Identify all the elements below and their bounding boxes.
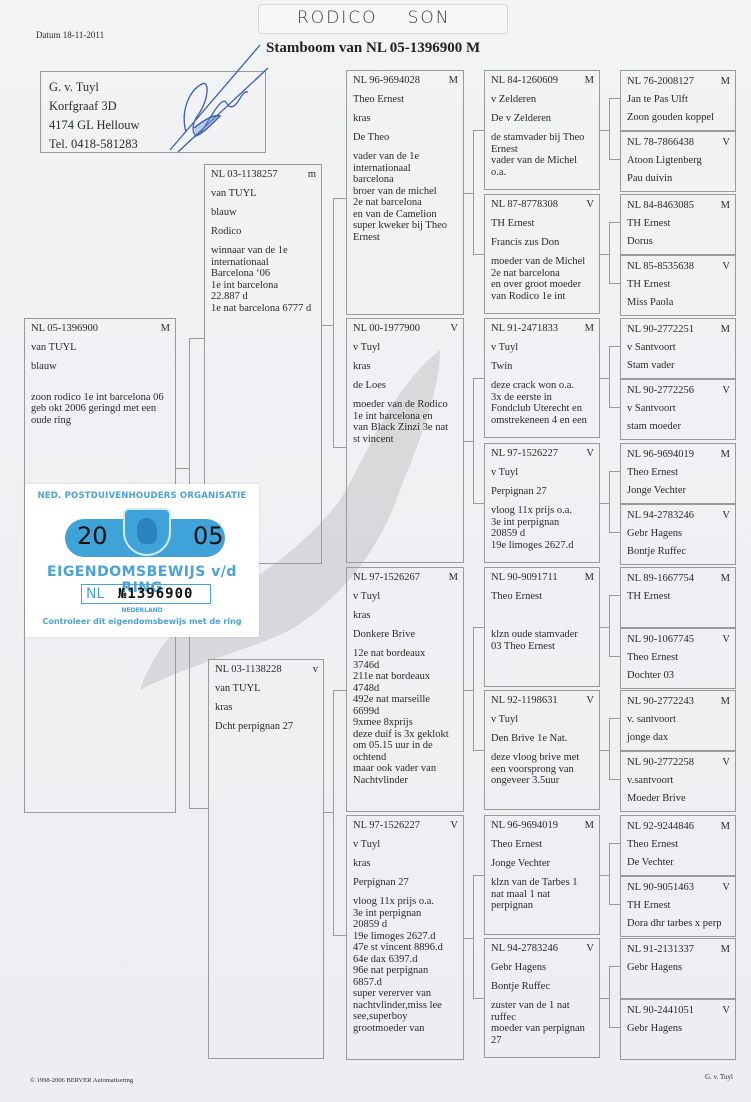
connector-line <box>609 718 610 779</box>
pedigree-document: Datum 18-11-2011 RODICOSON Stamboom van … <box>0 0 751 1102</box>
connector-line <box>609 966 620 967</box>
pigeon-note: zuster van de 1 nat ruffec moeder van pe… <box>491 1000 594 1046</box>
connector-line <box>473 750 484 751</box>
pigeon-detail: kras <box>353 113 458 125</box>
connector-line <box>473 627 484 628</box>
sex: V <box>586 448 594 460</box>
pigeon-header: NL 92-9244846M <box>627 821 730 833</box>
connector-line <box>609 407 620 408</box>
pigeon-header: NL 90-9051463V <box>627 882 730 894</box>
pigeon-detail <box>491 610 594 622</box>
pigeon-detail: Theo Ernest <box>491 591 594 603</box>
sex: m <box>308 169 316 181</box>
pigeon-detail: Theo Ernest <box>491 839 594 851</box>
pigeon-great-great-grandparent: NL 90-1067745VTheo ErnestDochter 03 <box>620 628 736 689</box>
pigeon-header: NL 03-1138228v <box>215 664 318 676</box>
pigeon-detail: TH Ernest <box>491 218 594 230</box>
connector-line <box>473 875 474 998</box>
pigeon-detail: v Tuyl <box>491 342 594 354</box>
footer-owner: G. v. Tuyl <box>705 1073 733 1081</box>
pigeon-header: NL 90-2772256V <box>627 385 730 397</box>
connector-line <box>609 98 620 99</box>
pigeon-great-grandparent: NL 87-8778308VTH ErnestFrancis zus Donmo… <box>484 194 600 314</box>
pigeon-detail: v Tuyl <box>491 467 594 479</box>
sex: v <box>313 664 318 676</box>
sex: V <box>722 137 730 149</box>
pigeon-note: vloog 11x prijs o.a. 3e int perpignan 20… <box>491 505 594 551</box>
connector-line <box>333 198 334 448</box>
connector-line <box>609 595 620 596</box>
pigeon-detail: Jonge Vechter <box>491 858 594 870</box>
pigeon-great-great-grandparent: NL 78-7866438VAtoon LigtenbergPau duivin <box>620 131 736 192</box>
pigeon-great-great-grandparent: NL 91-2131337MGebr Hagens <box>620 938 736 999</box>
pigeon-detail: Theo Ernest <box>627 839 730 851</box>
ring-number: NL 90-2441051 <box>627 1005 694 1017</box>
pigeon-detail: v Tuyl <box>353 839 458 851</box>
pigeon-header: NL 97-1526267M <box>353 572 458 584</box>
ring-number: NL 96-9694019 <box>627 449 694 461</box>
sex: V <box>586 695 594 707</box>
pigeon-great-grandparent: NL 97-1526227Vv TuylPerpignan 27 vloog 1… <box>484 443 600 563</box>
connector-line <box>473 875 484 876</box>
pigeon-note: klzn van de Tarbes 1 nat maal 1 nat perp… <box>491 877 594 912</box>
connector-line <box>473 130 484 131</box>
connector-line <box>609 843 610 904</box>
ring-number: NL 92-1198631 <box>491 695 558 707</box>
pigeon-great-great-grandparent: NL 90-2772251Mv SantvoortStam vader <box>620 318 736 379</box>
connector-line <box>189 808 208 809</box>
ring-number: NL 84-1260609 <box>491 75 558 87</box>
pigeon-detail: van TUYL <box>215 683 318 695</box>
pigeon-detail: v.santvoort <box>627 775 730 787</box>
pigeon-detail: Dora dhr tarbes x perp <box>627 918 730 930</box>
connector-line <box>609 471 610 532</box>
connector-line <box>473 503 484 504</box>
pigeon-detail: Donkere Brive <box>353 629 458 641</box>
ring-number: NL 90-2772258 <box>627 757 694 769</box>
sex: M <box>449 75 458 87</box>
pigeon-great-grandparent: NL 90-9091711MTheo Ernest klzn oude stam… <box>484 567 600 687</box>
pigeon-detail: v Tuyl <box>491 714 594 726</box>
sex: M <box>449 572 458 584</box>
pigeon-detail: Perpignan 27 <box>353 877 458 889</box>
pigeon-header: NL 87-8778308V <box>491 199 594 211</box>
sex: M <box>585 75 594 87</box>
pigeon-detail <box>627 980 730 992</box>
ring-number: NL 00-1977900 <box>353 323 420 335</box>
ring-number: NL 91-2471833 <box>491 323 558 335</box>
sex: V <box>722 757 730 769</box>
connector-line <box>473 378 474 503</box>
footer-copyright: © 1998-2006 BERVER Automatisering <box>30 1077 133 1084</box>
pigeon-detail <box>627 1041 730 1053</box>
pigeon-detail: Twin <box>491 361 594 373</box>
sex: M <box>585 323 594 335</box>
pigeon-detail: TH Ernest <box>627 900 730 912</box>
pigeon-note: deze crack won o.a. 3x de eerste in Fond… <box>491 380 594 426</box>
pigeon-header: NL 94-2783246V <box>491 943 594 955</box>
page-title: Stamboom van NL 05-1396900 M <box>266 40 480 57</box>
pigeon-detail: v Zelderen <box>491 94 594 106</box>
pigeon-header: NL 96-9694019M <box>491 820 594 832</box>
pigeon-detail <box>627 609 730 621</box>
sex: M <box>721 324 730 336</box>
pigeon-detail: van TUYL <box>31 342 170 354</box>
handwritten-label: RODICOSON <box>258 4 508 34</box>
sex: M <box>721 821 730 833</box>
card-year-left: 20 <box>77 522 108 550</box>
pigeon-detail: kras <box>353 610 458 622</box>
pigeon-detail: Francis zus Don <box>491 237 594 249</box>
pigeon-great-grandparent: NL 96-9694019MTheo ErnestJonge Vechter k… <box>484 815 600 935</box>
pigeon-note: 12e nat bordeaux 3746d 211e nat bordeaux… <box>353 648 458 786</box>
pigeon-grandparent: NL 97-1526227Vv TuylkrasPerpignan 27 vlo… <box>346 815 464 1060</box>
pigeon-great-great-grandparent: NL 90-2772258Vv.santvoortMoeder Brive <box>620 751 736 812</box>
pigeon-note: vloog 11x prijs o.a. 3e int perpignan 20… <box>353 896 458 1034</box>
pigeon-detail: v Santvoort <box>627 403 730 415</box>
pigeon-header: NL 92-1198631V <box>491 695 594 707</box>
pigeon-note: klzn oude stamvader 03 Theo Ernest <box>491 629 594 652</box>
pigeon-header: NL 96-9694028M <box>353 75 458 87</box>
connector-line <box>609 159 620 160</box>
connector-line <box>609 904 620 905</box>
pigeon-detail: Theo Ernest <box>353 94 458 106</box>
pigeon-detail: Pau duivin <box>627 173 730 185</box>
pigeon-header: NL 94-2783246V <box>627 510 730 522</box>
pigeon-detail: De Vechter <box>627 857 730 869</box>
connector-line <box>473 998 484 999</box>
connector-line <box>609 532 620 533</box>
ring-number: NL 92-9244846 <box>627 821 694 833</box>
pigeon-detail: Den Brive 1e Nat. <box>491 733 594 745</box>
sex: V <box>586 943 594 955</box>
sex: V <box>450 323 458 335</box>
sex: M <box>161 323 170 335</box>
connector-line <box>609 718 620 719</box>
pigeon-detail: Gebr Hagens <box>491 962 594 974</box>
pigeon-great-great-grandparent: NL 85-8535638VTH ErnestMiss Paola <box>620 255 736 316</box>
pigeon-detail: v Tuyl <box>353 591 458 603</box>
ring-number: NL 05-1396900 <box>31 323 98 335</box>
pigeon-note: de stamvader bij Theo Ernest vader van d… <box>491 132 594 178</box>
pigeon-detail: jonge dax <box>627 732 730 744</box>
pigeon-great-great-grandparent: NL 90-9051463VTH ErnestDora dhr tarbes x… <box>620 876 736 937</box>
pigeon-detail: Perpignan 27 <box>491 486 594 498</box>
pigeon-great-great-grandparent: NL 90-2772243Mv. santvoortjonge dax <box>620 690 736 751</box>
connector-line <box>189 338 204 339</box>
pigeon-great-great-grandparent: NL 84-8463085MTH ErnestDorus <box>620 194 736 255</box>
sex: V <box>722 510 730 522</box>
connector-line <box>609 346 610 407</box>
pigeon-great-great-grandparent: NL 90-2441051VGebr Hagens <box>620 999 736 1060</box>
connector-line <box>333 935 346 936</box>
ring-number: NL 03-1138257 <box>211 169 278 181</box>
pigeon-note: moeder van de Rodico 1e int barcelona en… <box>353 399 458 445</box>
connector-line <box>333 447 346 448</box>
pigeon-detail: Gebr Hagens <box>627 962 730 974</box>
lion-crest-icon <box>123 508 171 556</box>
pigeon-detail: kras <box>353 361 458 373</box>
pigeon-header: NL 03-1138257m <box>211 169 316 181</box>
card-organisation: NED. POSTDUIVENHOUDERS ORGANISATIE <box>25 491 259 501</box>
card-ring-number-box: NL №1396900 <box>81 584 211 604</box>
pigeon-header: NL 90-2772258V <box>627 757 730 769</box>
ring-number: NL 84-8463085 <box>627 200 694 212</box>
ring-number: NL 87-8778308 <box>491 199 558 211</box>
pigeon-detail: Gebr Hagens <box>627 1023 730 1035</box>
pigeon-header: NL 96-9694019M <box>627 449 730 461</box>
pigeon-header: NL 76-2008127M <box>627 76 730 88</box>
pigeon-note: deze vloog brive met een voorsprong van … <box>491 752 594 787</box>
pigeon-detail: Stam vader <box>627 360 730 372</box>
sex: M <box>721 944 730 956</box>
pigeon-mother: NL 03-1138228vvan TUYLkrasDcht perpignan… <box>208 659 324 1059</box>
sex: V <box>586 199 594 211</box>
ring-number: NL 90-9051463 <box>627 882 694 894</box>
connector-line <box>609 222 610 283</box>
pigeon-header: NL 84-1260609M <box>491 75 594 87</box>
ring-number: NL 89-1667754 <box>627 573 694 585</box>
sex: M <box>721 76 730 88</box>
pigeon-detail: Theo Ernest <box>627 652 730 664</box>
pigeon-great-grandparent: NL 84-1260609Mv ZelderenDe v Zelderende … <box>484 70 600 190</box>
pigeon-detail: Zoon gouden koppel <box>627 112 730 124</box>
pigeon-header: NL 91-2131337M <box>627 944 730 956</box>
ring-number: NL 78-7866438 <box>627 137 694 149</box>
sex: M <box>721 449 730 461</box>
ring-number: NL 94-2783246 <box>491 943 558 955</box>
pigeon-detail: Jan te Pas Ulft <box>627 94 730 106</box>
pigeon-header: NL 78-7866438V <box>627 137 730 149</box>
connector-line <box>609 471 620 472</box>
pigeon-detail: kras <box>353 858 458 870</box>
pigeon-detail: blauw <box>211 207 316 219</box>
sex: M <box>721 696 730 708</box>
pigeon-great-great-grandparent: NL 96-9694019MTheo ErnestJonge Vechter <box>620 443 736 504</box>
connector-line <box>473 627 474 750</box>
connector-line <box>609 595 610 656</box>
pigeon-header: NL 85-8535638V <box>627 261 730 273</box>
ring-number: NL 97-1526227 <box>491 448 558 460</box>
pigeon-detail: kras <box>215 702 318 714</box>
pigeon-detail: TH Ernest <box>627 279 730 291</box>
pigeon-detail: v. santvoort <box>627 714 730 726</box>
card-check-text: Controleer dit eigendomsbewijs met de ri… <box>25 617 259 626</box>
pigeon-header: NL 90-2772243M <box>627 696 730 708</box>
sex: M <box>721 573 730 585</box>
pigeon-header: NL 90-9091711M <box>491 572 594 584</box>
connector-line <box>333 690 334 935</box>
pigeon-detail: de Loes <box>353 380 458 392</box>
connector-line <box>609 656 620 657</box>
pigeon-great-great-grandparent: NL 94-2783246VGebr Hagens Bontje Ruffec <box>620 504 736 565</box>
ring-number: NL 97-1526267 <box>353 572 420 584</box>
ring-number: NL 90-2772251 <box>627 324 694 336</box>
ring-number: NL 96-9694028 <box>353 75 420 87</box>
pigeon-detail: van TUYL <box>211 188 316 200</box>
pigeon-detail: Dorus <box>627 236 730 248</box>
connector-line <box>473 254 484 255</box>
pigeon-detail: Gebr Hagens <box>627 528 730 540</box>
pigeon-detail: Dochter 03 <box>627 670 730 682</box>
connector-line <box>609 98 610 159</box>
connector-line <box>609 283 620 284</box>
ring-number: NL 96-9694019 <box>491 820 558 832</box>
card-land: NEDERLAND <box>25 607 259 614</box>
pigeon-detail: TH Ernest <box>627 591 730 603</box>
pigeon-detail: stam moeder <box>627 421 730 433</box>
pigeon-header: NL 97-1526227V <box>491 448 594 460</box>
connector-line <box>609 346 620 347</box>
pigeon-note: zoon rodico 1e int barcelona 06 geb okt … <box>31 380 170 426</box>
pigeon-detail: Theo Ernest <box>627 467 730 479</box>
connector-line <box>473 130 474 254</box>
pigeon-great-grandparent: NL 92-1198631Vv TuylDen Brive 1e Nat.dez… <box>484 690 600 810</box>
sex: V <box>722 261 730 273</box>
pigeon-header: NL 97-1526227V <box>353 820 458 832</box>
pigeon-great-great-grandparent: NL 92-9244846MTheo ErnestDe Vechter <box>620 815 736 876</box>
connector-line <box>333 198 346 199</box>
pigeon-header: NL 84-8463085M <box>627 200 730 212</box>
pigeon-detail: Miss Paola <box>627 297 730 309</box>
ring-ownership-card: NED. POSTDUIVENHOUDERS ORGANISATIE 20 05… <box>25 484 259 637</box>
pigeon-detail: blauw <box>31 361 170 373</box>
ring-number: NL 90-1067745 <box>627 634 694 646</box>
pigeon-detail: De Theo <box>353 132 458 144</box>
pigeon-great-grandparent: NL 94-2783246VGebr Hagens Bontje Ruffec … <box>484 938 600 1058</box>
connector-line <box>609 779 620 780</box>
pigeon-note: vader van de 1e internationaal barcelona… <box>353 151 458 243</box>
pigeon-header: NL 89-1667754M <box>627 573 730 585</box>
pigeon-detail: De v Zelderen <box>491 113 594 125</box>
ring-number: NL 91-2131337 <box>627 944 694 956</box>
pigeon-note: winnaar van de 1e internationaal Barcelo… <box>211 245 316 314</box>
handwritten-word-1: RODICO <box>297 8 378 28</box>
card-country: NL <box>86 586 104 602</box>
sex: V <box>722 634 730 646</box>
card-ring-number: №1396900 <box>118 586 193 602</box>
connector-line <box>473 378 484 379</box>
pigeon-note: moeder van de Michel 2e nat barcelona en… <box>491 256 594 302</box>
sex: V <box>450 820 458 832</box>
sex: V <box>722 882 730 894</box>
pigeon-grandparent: NL 00-1977900Vv Tuylkrasde Loesmoeder va… <box>346 318 464 563</box>
connector-line <box>333 690 346 691</box>
ring-number: NL 90-2772243 <box>627 696 694 708</box>
connector-line <box>176 468 190 469</box>
ring-number: NL 90-2772256 <box>627 385 694 397</box>
pigeon-great-great-grandparent: NL 76-2008127MJan te Pas UlftZoon gouden… <box>620 70 736 131</box>
pigeon-detail: Jonge Vechter <box>627 485 730 497</box>
pigeon-header: NL 91-2471833M <box>491 323 594 335</box>
sex: M <box>585 820 594 832</box>
sex: M <box>721 200 730 212</box>
connector-line <box>609 843 620 844</box>
pigeon-detail: Moeder Brive <box>627 793 730 805</box>
sex: V <box>722 385 730 397</box>
ring-number: NL 85-8535638 <box>627 261 694 273</box>
pigeon-detail: Bontje Ruffec <box>491 981 594 993</box>
pigeon-detail: v Tuyl <box>353 342 458 354</box>
ring-number: NL 94-2783246 <box>627 510 694 522</box>
pigeon-grandparent: NL 97-1526267Mv TuylkrasDonkere Brive12e… <box>346 567 464 812</box>
connector-line <box>609 1027 620 1028</box>
pigeon-great-great-grandparent: NL 90-2772256Vv Santvoortstam moeder <box>620 379 736 440</box>
ring-number: NL 90-9091711 <box>491 572 558 584</box>
pigeon-detail: TH Ernest <box>627 218 730 230</box>
pigeon-great-great-grandparent: NL 89-1667754MTH Ernest <box>620 567 736 628</box>
pigeon-header: NL 05-1396900M <box>31 323 170 335</box>
document-date: Datum 18-11-2011 <box>36 30 104 40</box>
pigeon-detail: Atoon Ligtenberg <box>627 155 730 167</box>
sex: V <box>722 1005 730 1017</box>
pigeon-great-grandparent: NL 91-2471833Mv TuylTwindeze crack won o… <box>484 318 600 438</box>
pigeon-detail: Bontje Ruffec <box>627 546 730 558</box>
ring-number: NL 03-1138228 <box>215 664 282 676</box>
connector-line <box>609 966 610 1027</box>
pigeon-header: NL 90-1067745V <box>627 634 730 646</box>
pigeon-header: NL 90-2441051V <box>627 1005 730 1017</box>
sex: M <box>585 572 594 584</box>
pigeon-header: NL 90-2772251M <box>627 324 730 336</box>
pigeon-header: NL 00-1977900V <box>353 323 458 335</box>
card-year-right: 05 <box>193 522 224 550</box>
pigeon-grandparent: NL 96-9694028MTheo ErnestkrasDe Theovade… <box>346 70 464 315</box>
pigeon-detail: v Santvoort <box>627 342 730 354</box>
handwritten-word-2: SON <box>408 8 451 28</box>
pigeon-detail: Rodico <box>211 226 316 238</box>
pigeon-detail: Dcht perpignan 27 <box>215 721 318 733</box>
signature <box>150 40 270 160</box>
connector-line <box>609 222 620 223</box>
ring-number: NL 97-1526227 <box>353 820 420 832</box>
ring-number: NL 76-2008127 <box>627 76 694 88</box>
